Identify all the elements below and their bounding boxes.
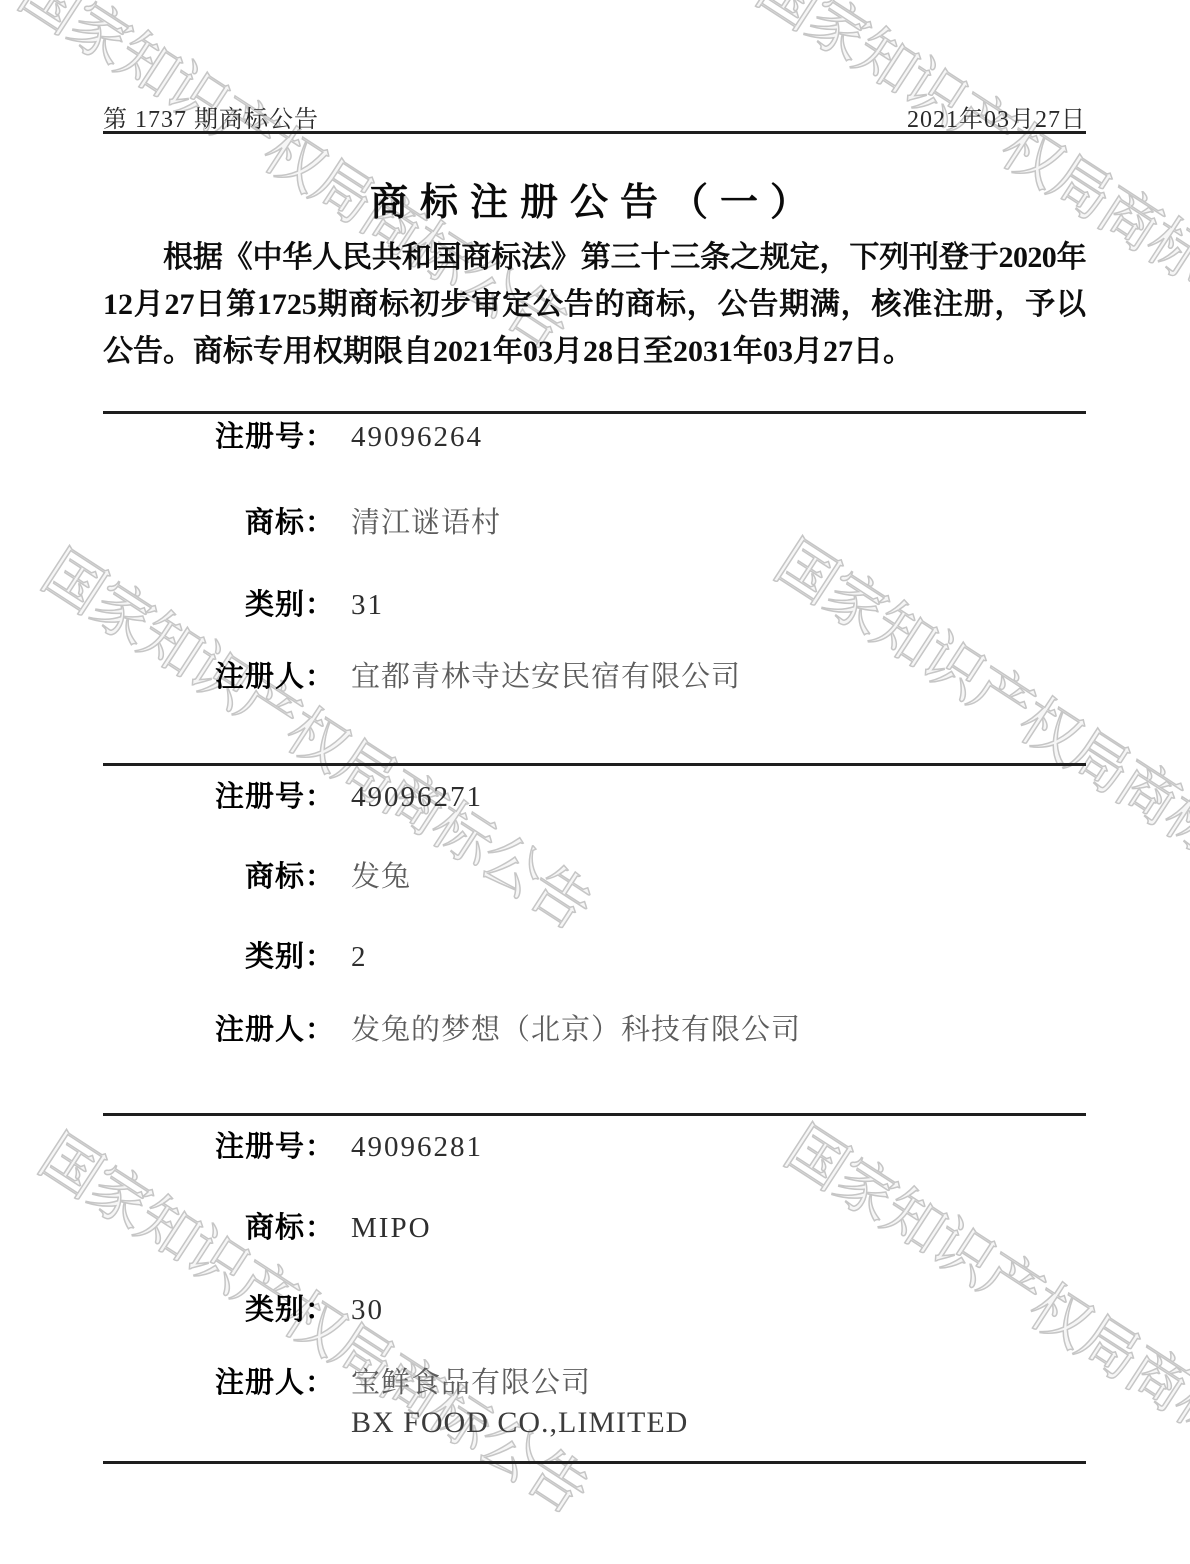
registrant-value: 宝鲜食品有限公司 BX FOOD CO.,LIMITED [351,1365,688,1441]
registrant-label: 注册人： [103,1012,335,1048]
trademark-value: MIPO [351,1210,432,1246]
intro-line-1: 根据《中华人民共和国商标法》第三十三条之规定，下列刊登于2020年 [103,234,1086,281]
registration-number-row: 注册号： 49096264 [103,419,483,455]
registrant-row: 注册人： 宜都青林寺达安民宿有限公司 [103,659,741,695]
trademark-row: 商标： 发兔 [103,859,411,895]
registrant-label: 注册人： [103,659,335,695]
class-label: 类别： [103,587,335,623]
registration-number-label: 注册号： [103,419,335,455]
registrant-row: 注册人： 宝鲜食品有限公司 BX FOOD CO.,LIMITED [103,1365,688,1441]
class-row: 类别： 31 [103,587,384,623]
registration-number-value: 49096281 [351,1129,483,1165]
class-label: 类别： [103,1292,335,1328]
registration-number-row: 注册号： 49096281 [103,1129,483,1165]
trademark-value: 清江谜语村 [351,505,501,541]
registration-number-value: 49096264 [351,419,483,455]
entry-divider [103,1113,1086,1116]
intro-line-3: 公告。商标专用权期限自2021年03月28日至2031年03月27日。 [103,328,1086,375]
registration-number-value: 49096271 [351,779,483,815]
gazette-page: 国家知识产权局商标公告 国家知识产权局商标公告 国家知识产权局商标公告 国家知识… [0,0,1190,1564]
registration-number-label: 注册号： [103,1129,335,1165]
trademark-row: 商标： MIPO [103,1210,432,1246]
entry-divider [103,411,1086,414]
trademark-value: 发兔 [351,859,411,895]
registrant-name-en: BX FOOD CO.,LIMITED [351,1405,688,1441]
gazette-issue-number: 第 1737 期商标公告 [103,99,319,134]
watermark-bottom-right: 国家知识产权局商标公告 [771,1102,1190,1522]
entry-divider [103,763,1086,766]
entry-divider [103,1461,1086,1464]
registrant-value: 发兔的梦想（北京）科技有限公司 [351,1012,801,1048]
registration-number-label: 注册号： [103,779,335,815]
registration-number-row: 注册号： 49096271 [103,779,483,815]
gazette-date: 2021年03月27日 [907,99,1086,134]
trademark-label: 商标： [103,1210,335,1246]
header-rule [103,131,1086,134]
page-title: 商标注册公告（一） [0,171,1190,226]
intro-line-2: 12月27日第1725期商标初步审定公告的商标，公告期满，核准注册，予以 [103,281,1086,328]
trademark-label: 商标： [103,505,335,541]
class-value: 30 [351,1292,384,1328]
class-row: 类别： 2 [103,939,368,975]
registrant-name-cn: 宝鲜食品有限公司 [351,1367,591,1399]
class-row: 类别： 30 [103,1292,384,1328]
registrant-row: 注册人： 发兔的梦想（北京）科技有限公司 [103,1012,801,1048]
trademark-row: 商标： 清江谜语村 [103,505,501,541]
registrant-value: 宜都青林寺达安民宿有限公司 [351,659,741,695]
watermark-middle-right: 国家知识产权局商标公告 [761,516,1190,936]
trademark-label: 商标： [103,859,335,895]
class-label: 类别： [103,939,335,975]
class-value: 31 [351,587,384,623]
registrant-label: 注册人： [103,1365,335,1401]
intro-paragraph: 根据《中华人民共和国商标法》第三十三条之规定，下列刊登于2020年 12月27日… [103,234,1086,375]
class-value: 2 [351,939,368,975]
